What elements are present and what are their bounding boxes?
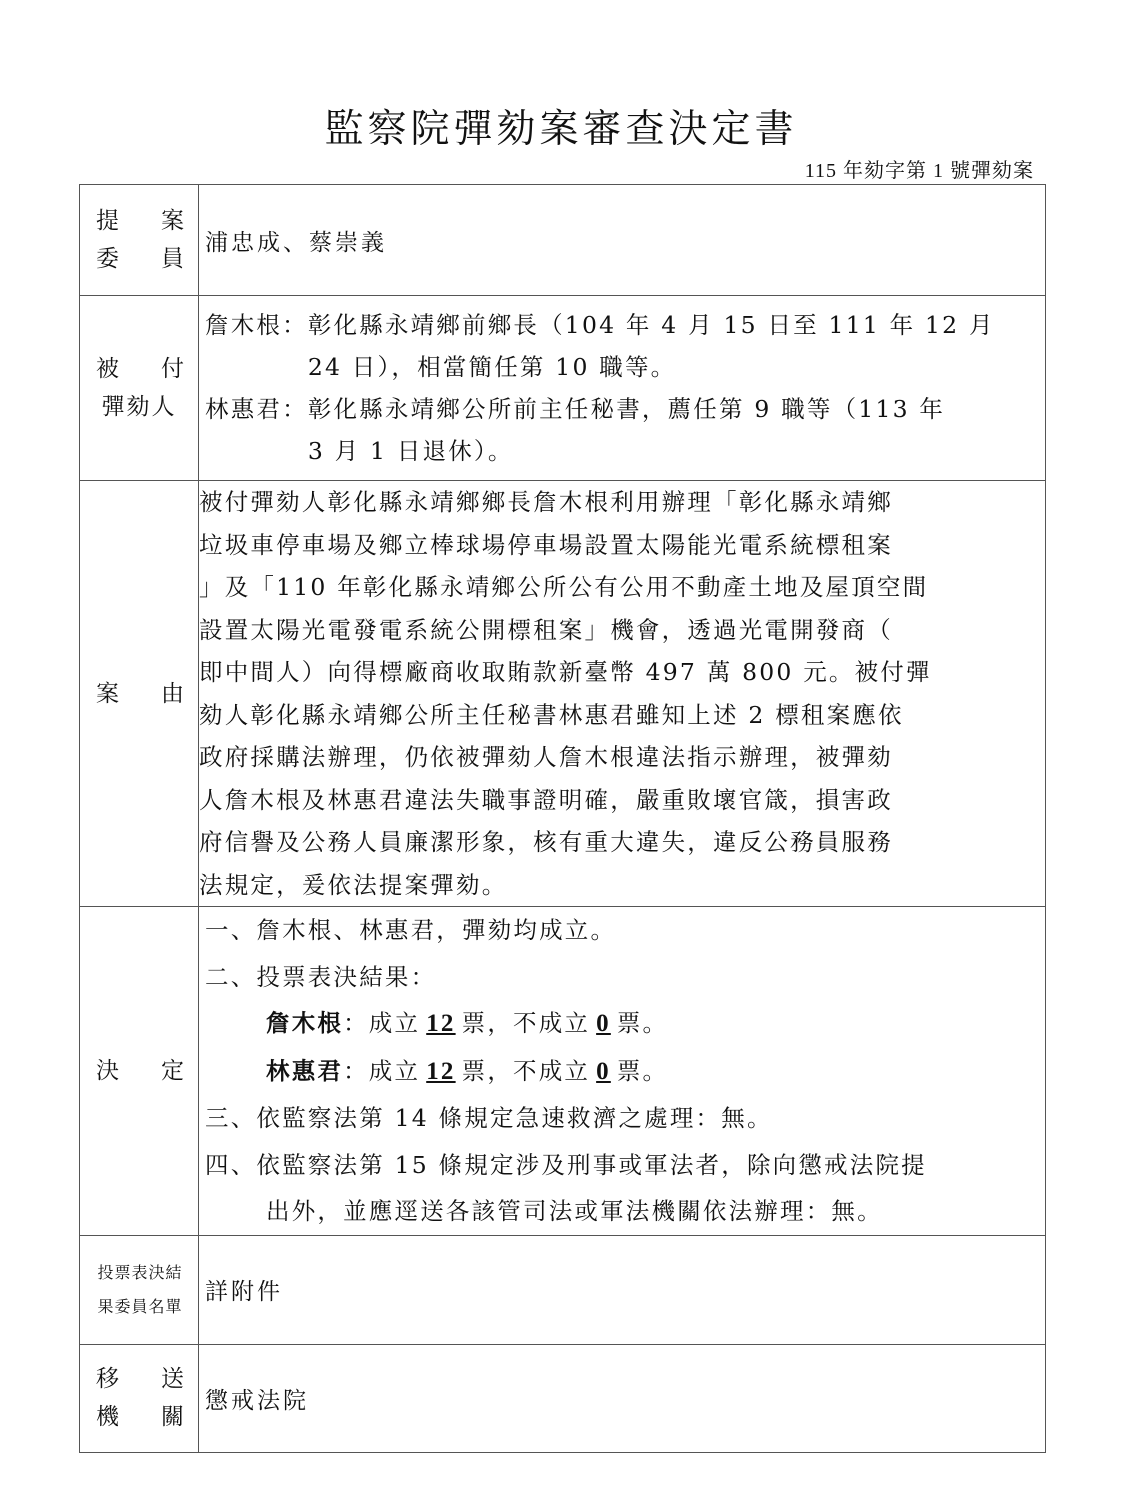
row-vote-list: 投票表決結 果委員名單 詳附件 [80, 1235, 1046, 1344]
decision-item-1: 一、詹木根、林惠君，彈劾均成立。 [205, 907, 1045, 954]
person-desc-line: 24 日），相當簡任第 10 職等。 [308, 346, 1045, 388]
cause-line: 法規定，爰依法提案彈劾。 [199, 864, 1045, 907]
person-desc-line: 3 月 1 日退休）。 [308, 430, 1045, 472]
vote-result-1: 詹木根：成立12票，不成立0票。 [205, 1000, 1045, 1048]
row-transfer: 移送 機關 懲戒法院 [80, 1344, 1046, 1452]
vote-text: ：成立 [343, 1009, 420, 1037]
label-char: 案 [96, 675, 119, 713]
cause-line: 被付彈劾人彰化縣永靖鄉鄉長詹木根利用辦理「彰化縣永靖鄉 [199, 481, 1045, 524]
cause-line: 設置太陽光電發電系統公開標租案」機會，透過光電開發商（ [199, 609, 1045, 652]
label-char: 定 [161, 1052, 184, 1090]
decision-table: 提案 委員 浦忠成、蔡崇義 被付 彈劾人 詹木根： 彰化縣永靖鄉前鄉長（104 … [79, 184, 1046, 1453]
impeached-value: 詹木根： 彰化縣永靖鄉前鄉長（104 年 4 月 15 日至 111 年 12 … [199, 296, 1046, 481]
vote-text: 票，不成立 [462, 1009, 591, 1037]
label-char: 決 [96, 1052, 119, 1090]
label-text: 彈劾人 [80, 388, 198, 426]
decision-item-2: 二、投票表決結果： [205, 954, 1045, 1001]
cause-text: 被付彈劾人彰化縣永靖鄉鄉長詹木根利用辦理「彰化縣永靖鄉 垃圾車停車場及鄉立棒球場… [199, 481, 1046, 907]
cause-line: 府信譽及公務人員廉潔形象，核有重大違失，違反公務員服務 [199, 821, 1045, 864]
proposers-value: 浦忠成、蔡崇義 [199, 185, 1046, 296]
case-number: 115 年劾字第 1 號彈劾案 [805, 154, 1034, 183]
label-char: 送 [161, 1360, 184, 1398]
document-title: 監察院彈劾案審查決定書 [0, 98, 1122, 154]
cause-line: 」及「110 年彰化縣永靖鄉公所公有公用不動產土地及屋頂空間 [199, 566, 1045, 609]
label-char: 機 [96, 1398, 119, 1436]
label-char: 關 [161, 1398, 184, 1436]
label-char: 案 [161, 202, 184, 240]
cause-line: 政府採購法辦理，仍依被彈劾人詹木根違法指示辦理，被彈劾 [199, 736, 1045, 779]
label-char: 付 [161, 350, 184, 388]
vote-name: 詹木根 [266, 1009, 343, 1037]
person-name: 詹木根： [205, 304, 308, 388]
label-char: 提 [96, 202, 119, 240]
vote-text: 票。 [617, 1009, 668, 1037]
label-decision: 決定 [80, 907, 199, 1236]
row-impeached: 被付 彈劾人 詹木根： 彰化縣永靖鄉前鄉長（104 年 4 月 15 日至 11… [80, 296, 1046, 481]
vote-text: 票。 [617, 1057, 668, 1085]
row-decision: 決定 一、詹木根、林惠君，彈劾均成立。 二、投票表決結果： 詹木根：成立12票，… [80, 907, 1046, 1236]
decision-text: 一、詹木根、林惠君，彈劾均成立。 二、投票表決結果： 詹木根：成立12票，不成立… [199, 907, 1046, 1236]
label-impeached: 被付 彈劾人 [80, 296, 199, 481]
transfer-value: 懲戒法院 [199, 1344, 1046, 1452]
decision-item-4: 四、依監察法第 15 條規定涉及刑事或軍法者，除向懲戒法院提 [205, 1142, 1045, 1189]
cause-line: 即中間人）向得標廠商收取賄款新臺幣 497 萬 800 元。被付彈 [199, 651, 1045, 694]
vote-no-count: 0 [590, 1058, 617, 1085]
label-vote-list: 投票表決結 果委員名單 [80, 1235, 199, 1344]
label-text: 投票表決結 [80, 1256, 198, 1290]
decision-item-3: 三、依監察法第 14 條規定急速救濟之處理：無。 [205, 1095, 1045, 1142]
label-transfer: 移送 機關 [80, 1344, 199, 1452]
person-desc-line: 彰化縣永靖鄉公所前主任秘書，薦任第 9 職等（113 年 [308, 388, 1045, 430]
label-char: 委 [96, 240, 119, 278]
person-desc-line: 彰化縣永靖鄉前鄉長（104 年 4 月 15 日至 111 年 12 月 [308, 304, 1045, 346]
cause-line: 劾人彰化縣永靖鄉公所主任秘書林惠君雖知上述 2 標租案應依 [199, 694, 1045, 737]
vote-yes-count: 12 [420, 1058, 461, 1085]
label-char: 由 [161, 675, 184, 713]
cause-line: 人詹木根及林惠君違法失職事證明確，嚴重敗壞官箴，損害政 [199, 779, 1045, 822]
cause-line: 垃圾車停車場及鄉立棒球場停車場設置太陽能光電系統標租案 [199, 524, 1045, 567]
row-cause: 案由 被付彈劾人彰化縣永靖鄉鄉長詹木根利用辦理「彰化縣永靖鄉 垃圾車停車場及鄉立… [80, 481, 1046, 907]
label-char: 員 [161, 240, 184, 278]
label-cause: 案由 [80, 481, 199, 907]
label-text: 果委員名單 [80, 1290, 198, 1324]
vote-text: ：成立 [343, 1057, 420, 1085]
label-char: 被 [96, 350, 119, 388]
impeached-person-2: 林惠君： 彰化縣永靖鄉公所前主任秘書，薦任第 9 職等（113 年3 月 1 日… [205, 388, 1045, 472]
row-proposers: 提案 委員 浦忠成、蔡崇義 [80, 185, 1046, 296]
person-name: 林惠君： [205, 388, 308, 472]
vote-name: 林惠君 [266, 1057, 343, 1085]
vote-yes-count: 12 [420, 1010, 461, 1037]
vote-result-2: 林惠君：成立12票，不成立0票。 [205, 1048, 1045, 1096]
label-char: 移 [96, 1360, 119, 1398]
impeached-person-1: 詹木根： 彰化縣永靖鄉前鄉長（104 年 4 月 15 日至 111 年 12 … [205, 304, 1045, 388]
vote-text: 票，不成立 [462, 1057, 591, 1085]
vote-no-count: 0 [590, 1010, 617, 1037]
decision-item-4-cont: 出外，並應逕送各該管司法或軍法機關依法辦理：無。 [205, 1188, 1045, 1235]
vote-list-value: 詳附件 [199, 1235, 1046, 1344]
label-proposers: 提案 委員 [80, 185, 199, 296]
